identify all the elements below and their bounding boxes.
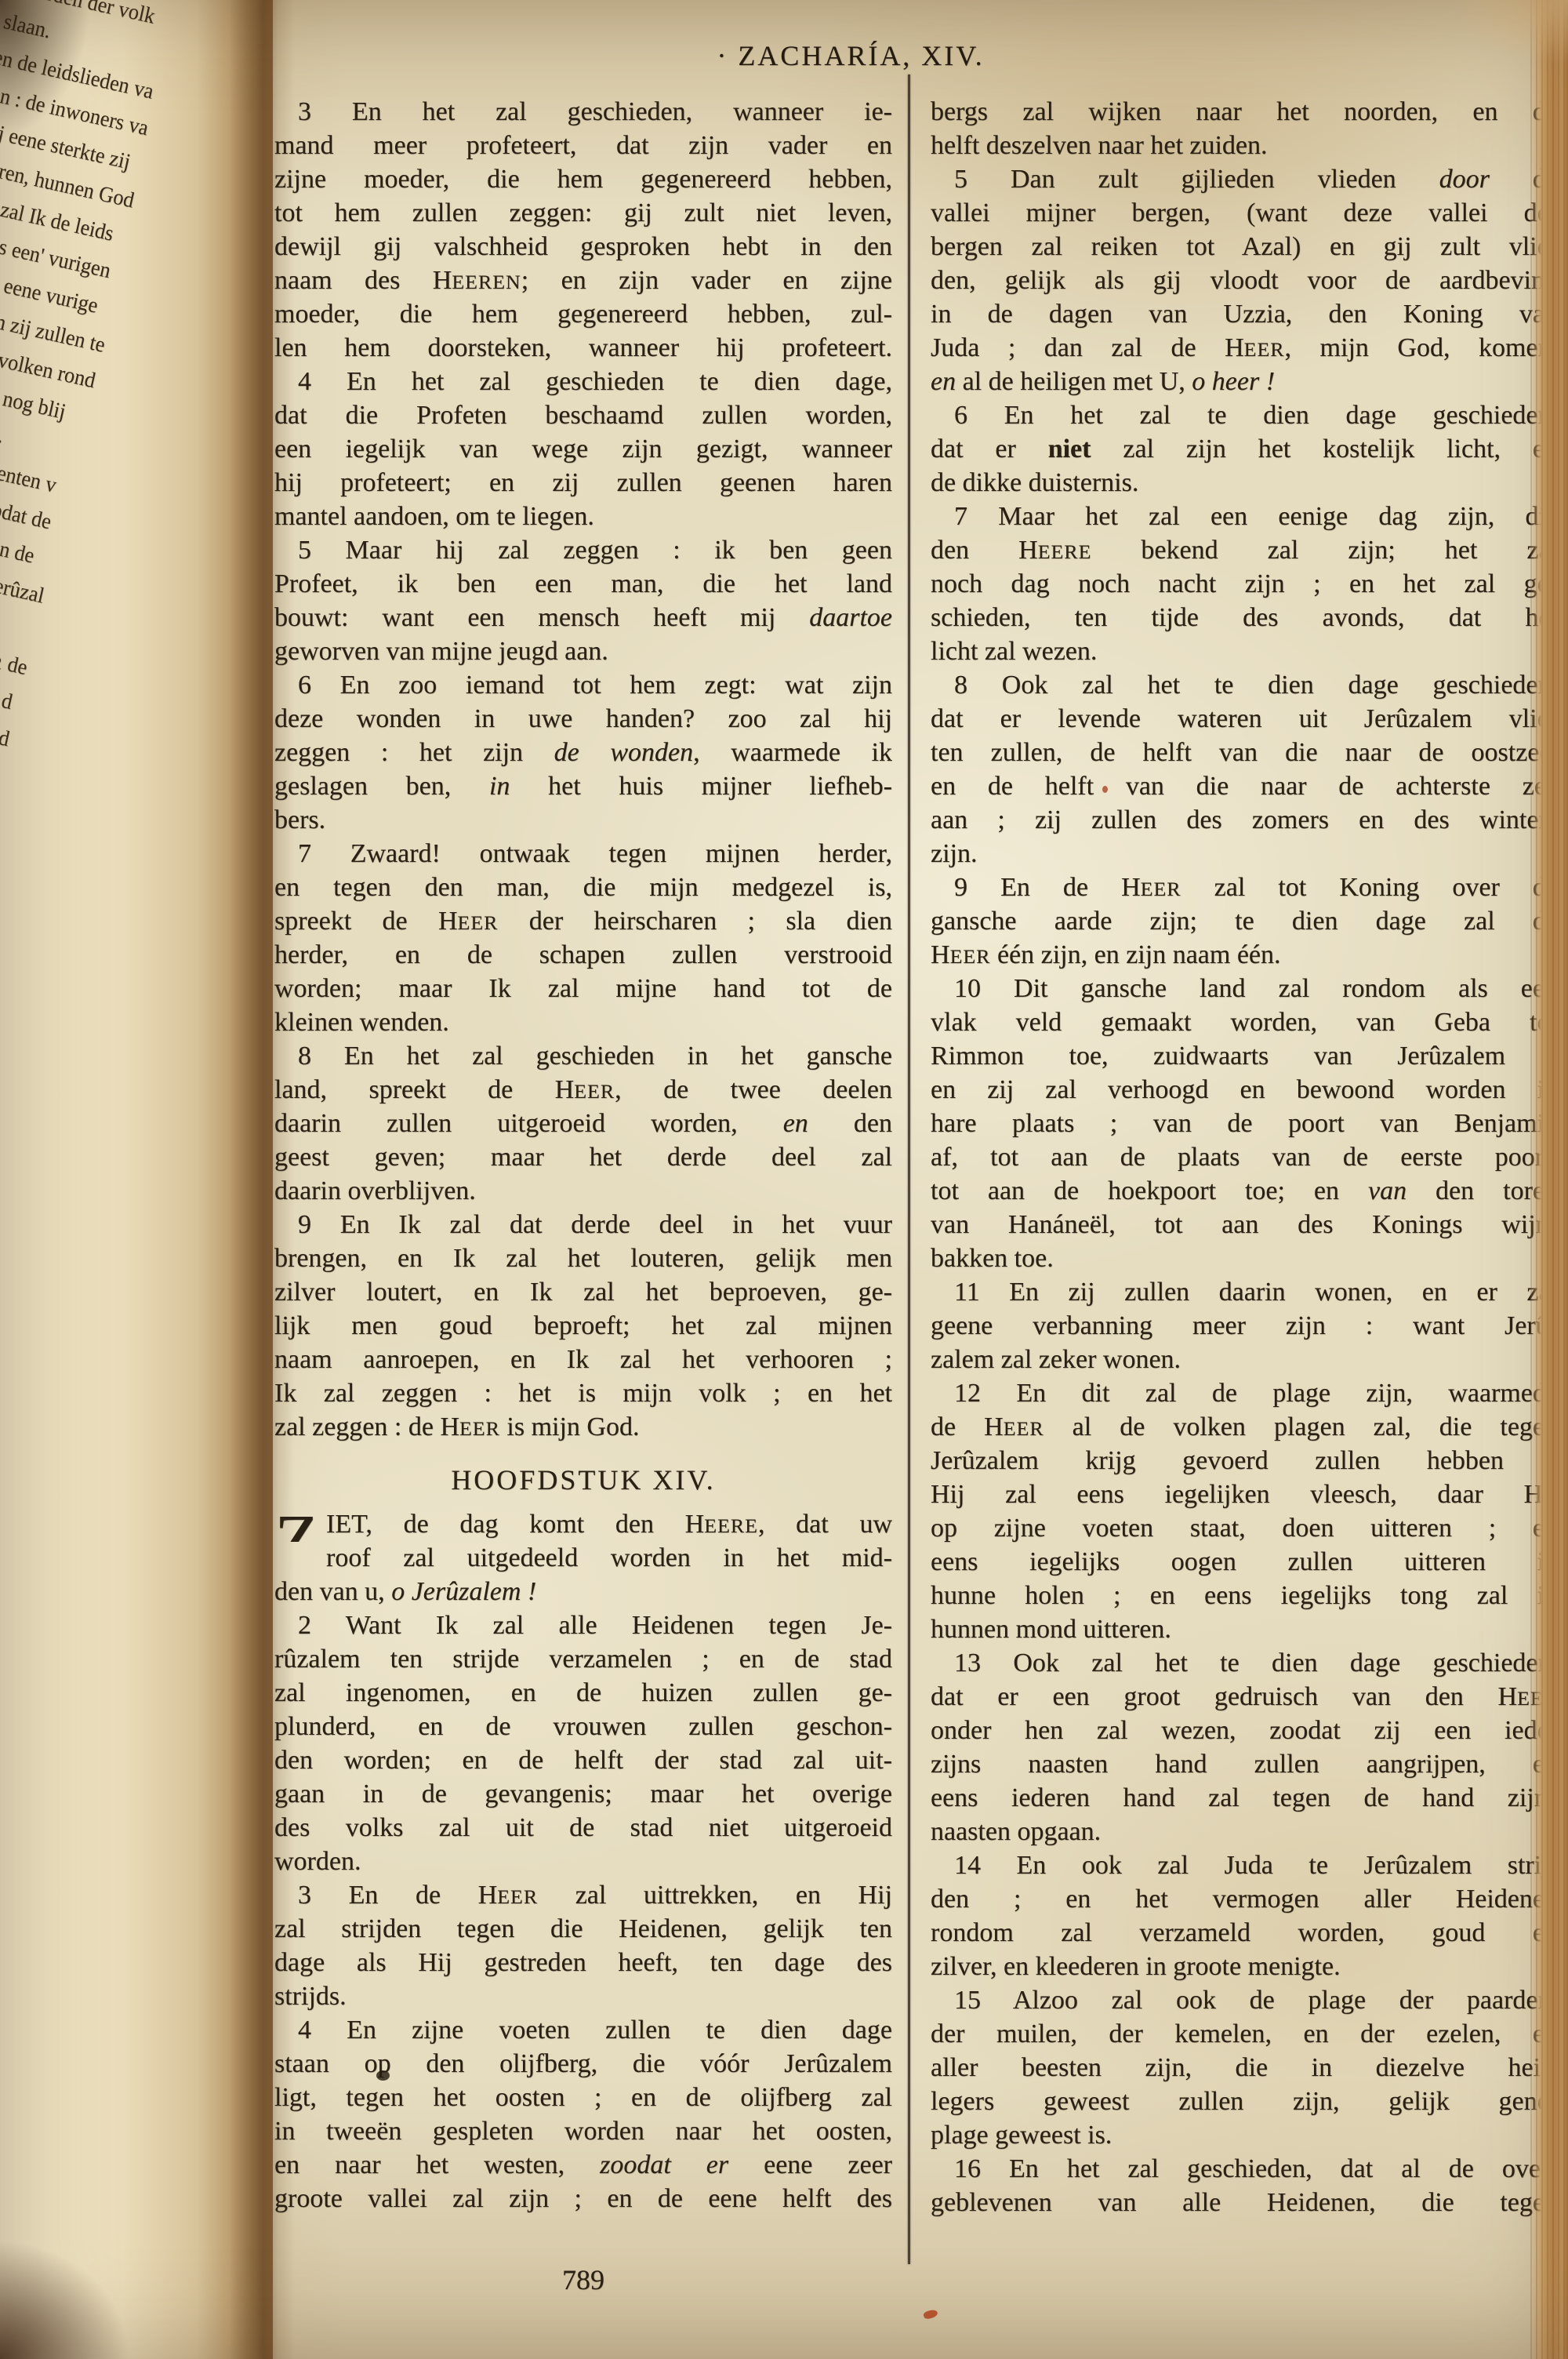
photo-vignette bbox=[0, 0, 1568, 2359]
book-photo: n, en alle paarden der volklindheid slaa… bbox=[0, 0, 1568, 2359]
